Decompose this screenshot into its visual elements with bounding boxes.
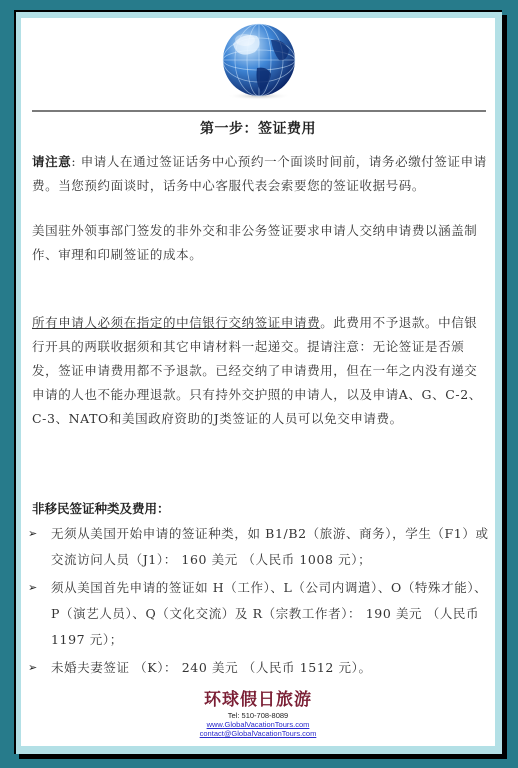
page-frame: 第一步：签证费用 请注意: 申请人在通过签证话务中心预约一个面谈时间前，请务必缴…: [14, 10, 502, 754]
list-item: ➢ 无须从美国开始申请的签证种类，如 B1/B2（旅游、商务），学生（F1）或交…: [26, 521, 492, 573]
document-page: 第一步：签证费用 请注意: 申请人在通过签证话务中心预约一个面谈时间前，请务必缴…: [21, 18, 495, 746]
website-link[interactable]: www.GlobalVacationTours.com: [21, 720, 495, 729]
list-item: ➢ 未婚夫妻签证 （K）： 240 美元 （人民币 1512 元）。: [26, 655, 492, 681]
email-link[interactable]: contact@GlobalVacationTours.com: [21, 729, 495, 738]
fee-item-text: 无须从美国开始申请的签证种类，如 B1/B2（旅游、商务），学生（F1）或交流访…: [51, 526, 489, 567]
fee-list: ➢ 无须从美国开始申请的签证种类，如 B1/B2（旅游、商务），学生（F1）或交…: [26, 521, 492, 683]
brand-logo-text: 环球假日旅游: [21, 689, 495, 711]
footer: 环球假日旅游 Tel: 510-708-8089 www.GlobalVacat…: [21, 689, 495, 738]
payment-paragraph: 所有申请人必须在指定的中信银行交纳签证申请费。此费用不予退款。中信银行开具的两联…: [32, 311, 488, 431]
header-divider: [32, 110, 486, 112]
cost-paragraph: 美国驻外领事部门签发的非外交和非公务签证要求申请人交纳申请费以涵盖制作、审理和印…: [32, 219, 488, 267]
fee-item-text: 须从美国首先申请的签证如 H（工作）、L（公司内调遣）、O（特殊才能）、P（演艺…: [51, 580, 487, 647]
payment-details: 。此费用不予退款。中信银行开具的两联收据须和其它申请材料一起递交。提请注意：无论…: [32, 315, 482, 426]
fees-heading: 非移民签证种类及费用：: [32, 499, 170, 517]
phone-number: Tel: 510-708-8089: [21, 711, 495, 720]
globe-icon: [217, 22, 301, 102]
notice-text: : 申请人在通过签证话务中心预约一个面谈时间前，请务必缴付签证申请费。当您预约面…: [32, 154, 487, 193]
payment-requirement: 所有申请人必须在指定的中信银行交纳签证申请费: [32, 315, 320, 330]
page-title: 第一步：签证费用: [21, 118, 495, 138]
list-item: ➢ 须从美国首先申请的签证如 H（工作）、L（公司内调遣）、O（特殊才能）、P（…: [26, 575, 492, 653]
notice-paragraph: 请注意: 申请人在通过签证话务中心预约一个面谈时间前，请务必缴付签证申请费。当您…: [32, 150, 488, 198]
fee-item-text: 未婚夫妻签证 （K）： 240 美元 （人民币 1512 元）。: [51, 660, 372, 675]
notice-label: 请注意: [32, 154, 71, 169]
arrow-bullet-icon: ➢: [28, 575, 38, 601]
arrow-bullet-icon: ➢: [28, 521, 38, 547]
arrow-bullet-icon: ➢: [28, 655, 38, 681]
